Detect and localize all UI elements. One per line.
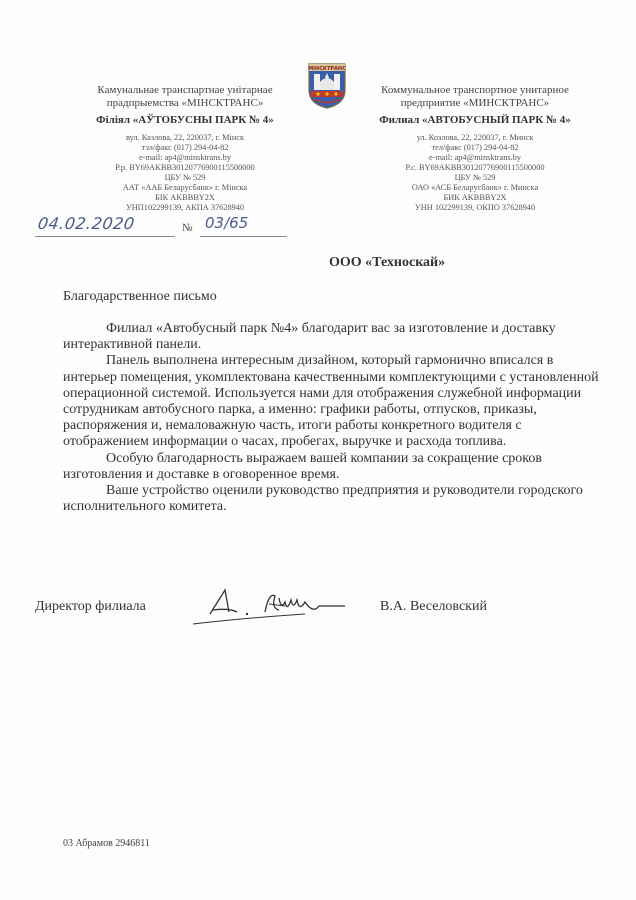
letterhead-left: Камунальнае транспартнае унітарнае прадп…: [70, 84, 300, 213]
org-name-line1: Камунальнае транспартнае унітарнае: [70, 84, 300, 97]
address: ул. Козлова, 22, 220037, г. Минск: [360, 133, 590, 143]
address: вул. Казлова, 22, 220037, г. Мінск: [70, 133, 300, 143]
phone-fax: тел/факс (017) 294-04-82: [360, 143, 590, 153]
email: e-mail: ap4@minsktrans.by: [70, 153, 300, 163]
email: e-mail: ap4@minsktrans.by: [360, 153, 590, 163]
coat-of-arms-icon: МІНСКТРАНС: [306, 60, 348, 110]
bank-branch: ЦБУ № 529: [70, 173, 300, 183]
branch-name: Филиал «АВТОБУСНЫЙ ПАРК № 4»: [360, 114, 590, 127]
number-label: №: [182, 222, 193, 234]
handwritten-number: 03/65: [205, 214, 248, 232]
handwritten-date: 04.02.2020: [37, 214, 136, 233]
tax-ids: УНП102299139, АКПА 37628940: [70, 203, 300, 213]
paragraph: Панель выполнена интересным дизайном, ко…: [63, 353, 603, 450]
bank-account: Р.р. BY69AKBB30120776900115500000: [70, 163, 300, 173]
bank-name: ААТ «ААБ Беларусбанк» г. Мінска: [70, 183, 300, 193]
letter-title: Благодарственное письмо: [63, 289, 217, 305]
signatory-title: Директор филиала: [35, 599, 146, 615]
number-underline: [200, 236, 287, 237]
handwritten-signature-icon: [185, 584, 385, 628]
paragraph: Особую благодарность выражаем вашей комп…: [63, 451, 603, 483]
signature-block: Директор филиала В.А. Веселовский: [35, 590, 535, 630]
executor-note: 03 Абрамов 2946811: [63, 838, 150, 849]
branch-name: Філіял «АЎТОБУСНЫ ПАРК № 4»: [70, 114, 300, 127]
letter-page: Камунальнае транспартнае унітарнае прадп…: [0, 0, 636, 900]
letter-body: Филиал «Автобусный парк №4» благодарит в…: [63, 321, 603, 515]
letterhead-right: Коммунальное транспортное унитарное пред…: [360, 84, 590, 213]
bic: БІК AKBBBY2X: [70, 193, 300, 203]
org-name-line2: предприятие «МИНСКТРАНС»: [360, 97, 590, 110]
signatory-name: В.А. Веселовский: [380, 599, 487, 615]
bank-name: ОАО «АСБ Беларусбанк» г. Минска: [360, 183, 590, 193]
phone-fax: тэл/факс (017) 294-04-82: [70, 143, 300, 153]
bank-account: Р.с. BY69AKBB30120776900115500000: [360, 163, 590, 173]
paragraph: Ваше устройство оценили руководство пред…: [63, 483, 603, 515]
tax-ids: УНН 102299139, ОКПО 37628940: [360, 203, 590, 213]
recipient: ООО «Техноскай»: [329, 255, 445, 271]
reference-line: 04.02.2020 № 03/65: [35, 214, 287, 238]
date-underline: [35, 236, 175, 237]
org-details: ул. Козлова, 22, 220037, г. Минск тел/фа…: [360, 133, 590, 213]
svg-text:МІНСКТРАНС: МІНСКТРАНС: [308, 66, 346, 72]
org-details: вул. Казлова, 22, 220037, г. Мінск тэл/ф…: [70, 133, 300, 213]
paragraph: Филиал «Автобусный парк №4» благодарит в…: [63, 321, 603, 353]
org-name-line1: Коммунальное транспортное унитарное: [360, 84, 590, 97]
bic: БИК AKBBBY2X: [360, 193, 590, 203]
bank-branch: ЦБУ № 529: [360, 173, 590, 183]
org-name-line2: прадпрыемства «МІНСКТРАНС»: [70, 97, 300, 110]
